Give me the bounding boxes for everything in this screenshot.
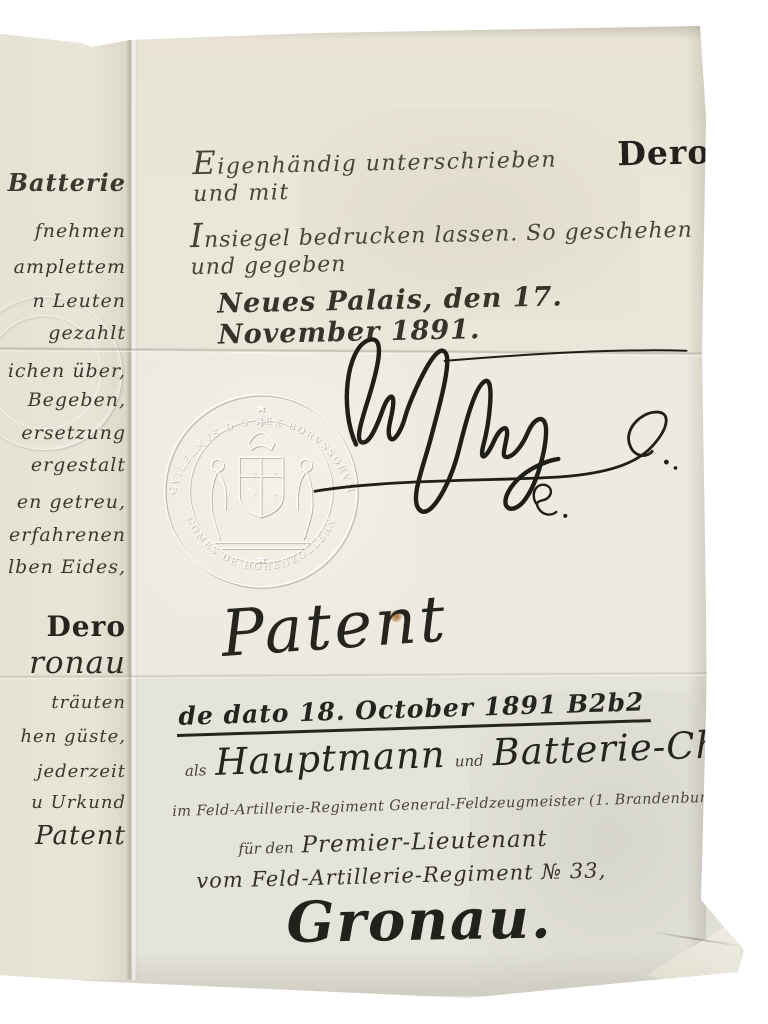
closing-formula-block: Eigenhändig unterschrieben und mit Dero … — [150, 132, 714, 352]
left-page-text-fragment: gezahlt — [48, 322, 126, 344]
wilhelm-signature — [296, 327, 700, 556]
fold-crease-vertical — [126, 30, 138, 980]
rank-batterie-chef: Batterie-Chef — [492, 722, 759, 774]
document-paper: Batterie fnehmen amplettem n Leuten geza… — [0, 0, 768, 1024]
left-page-text-fragment: amplettem — [14, 256, 126, 278]
photo-of-document: { "photo": { "background_color": "#fffff… — [0, 0, 768, 1024]
patent-title: Patent — [219, 582, 450, 672]
previous-rank: Premier-Lieutenant — [301, 826, 548, 858]
left-page-text-fragment: ichen über, — [8, 360, 126, 382]
left-page-text-fragment: jederzeit — [37, 761, 126, 782]
closing-line2: Insiegel bedrucken lassen. So geschehen … — [190, 205, 713, 280]
royal-initial-R — [534, 484, 557, 514]
left-page-text-fragment: hen güste, — [20, 726, 126, 747]
ink-speck — [648, 452, 651, 455]
closing-line1: Eigenhändig unterschrieben und mit — [192, 136, 604, 208]
left-page-text-fragment: fnehmen — [35, 220, 126, 242]
signature-name-stroke — [346, 336, 559, 513]
left-page-edge: Batterie fnehmen amplettem n Leuten geza… — [0, 30, 131, 980]
rank-prefix: als — [185, 761, 207, 780]
regiment-line: im Feld-Artillerie-Regiment General-Feld… — [172, 789, 738, 820]
dero-fraktur-word: Dero — [617, 132, 711, 173]
left-page-patent-fragment: Patent — [35, 821, 126, 851]
rank-hauptmann: Hauptmann — [214, 733, 446, 784]
left-page-text-fragment: Begeben, — [28, 389, 126, 411]
left-page-text-fragment: u Urkund — [31, 792, 126, 813]
initial-period — [563, 514, 567, 518]
for-the-line: für den Premier-Lieutenant — [238, 826, 548, 860]
left-page-text-fragment: Batterie — [8, 168, 126, 197]
left-page-text-fragment: erfahrenen — [9, 524, 126, 546]
left-page-text-fragment: ergestalt — [31, 454, 126, 476]
recipient-name: Gronau. — [286, 885, 553, 956]
signature-period — [674, 466, 678, 470]
left-page-text-fragment: träuten — [51, 692, 126, 713]
left-page-text-fragment: en getreu, — [17, 491, 126, 513]
left-page-text-fragment: ersetzung — [21, 422, 126, 444]
rank-conjunction: und — [455, 752, 485, 771]
left-page-text-fragment: lben Eides, — [8, 556, 126, 578]
left-page-text-fragment: n Leuten — [33, 290, 127, 312]
fuer-den-prefix: für den — [238, 839, 294, 858]
left-page-dero-fraktur: Dero — [46, 610, 126, 643]
paper-edge-shadow-top — [0, 26, 768, 40]
signature-dot — [664, 460, 669, 465]
signature-top-flourish — [444, 350, 686, 361]
